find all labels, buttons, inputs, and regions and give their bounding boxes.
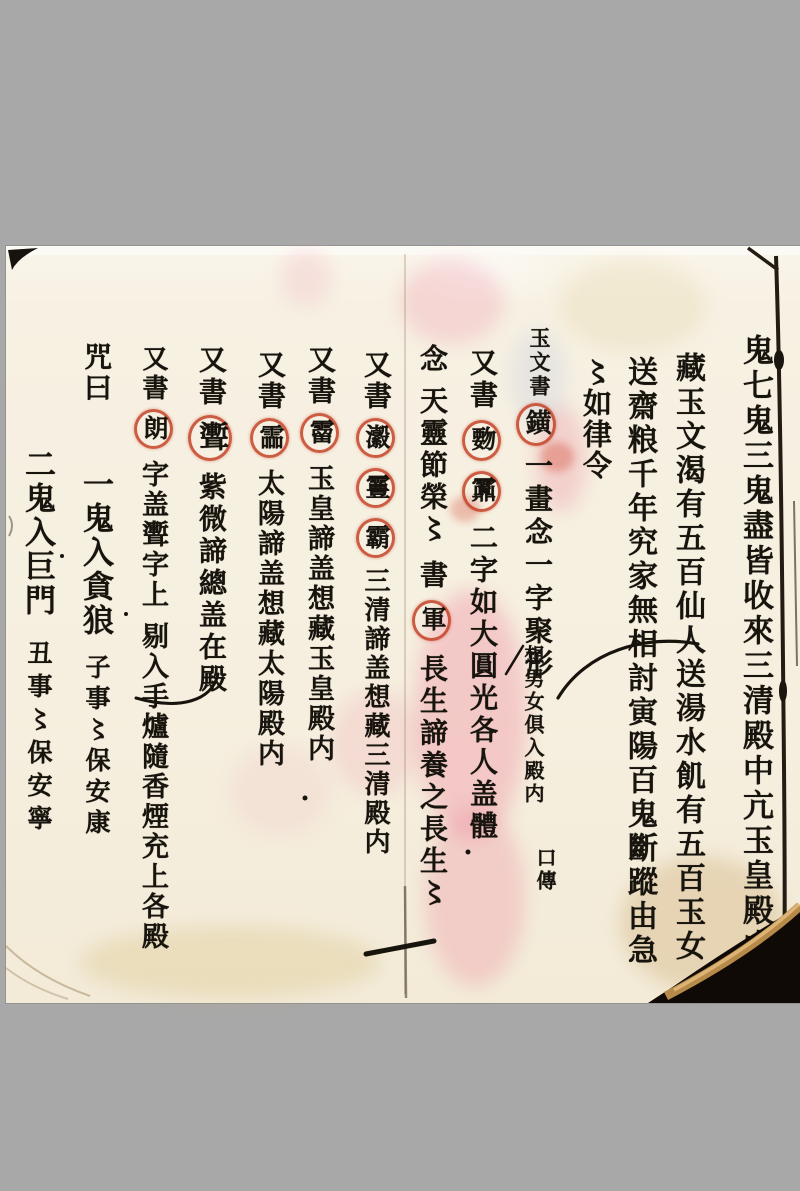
- column-text: 天靈節榮〻: [416, 386, 447, 546]
- column-text: 紫微諦總盖在殿: [195, 472, 226, 696]
- edge-fiber: [9, 516, 12, 536]
- write-label: 又書: [254, 350, 285, 412]
- talisman-char-circled: 䨶: [462, 471, 501, 512]
- fold-crease-dark: [405, 886, 406, 998]
- chant-line: 子事〻保安康: [82, 654, 109, 840]
- column-text: 念: [416, 344, 447, 376]
- manuscript-column-5-header: 玉文書: [528, 327, 549, 399]
- talisman-char-circled: 軍: [412, 600, 451, 641]
- binding-edge: [776, 256, 785, 992]
- manuscript-column-1: 鬼七鬼三鬼盡皆收來三清殿中亢玉皇殿中: [740, 334, 771, 964]
- paper-edge-highlight: [6, 246, 800, 255]
- ink-dot: [466, 850, 471, 855]
- talisman-char-circled: 瀫: [356, 418, 395, 458]
- talisman-char-circled: 霝: [250, 418, 289, 458]
- paper-stain: [280, 250, 332, 306]
- section-label: 玉文書: [527, 327, 551, 399]
- talisman-char-circled: 覅: [462, 420, 501, 461]
- manuscript-column-10: 又書霝太陽諦盖想藏太陽殿内: [250, 350, 289, 769]
- column-text: 書: [416, 560, 447, 592]
- talisman-char-circled: 霻: [356, 468, 395, 508]
- paper-stain: [560, 260, 706, 352]
- manuscript-column-12: 又書朗字盖聻字上剔入手爐隨香煙充上各殿: [134, 345, 173, 952]
- binding-knot: [774, 350, 784, 370]
- write-label: 又書: [139, 345, 168, 403]
- manuscript-column-5-note: 想男女俱入殿内: [522, 645, 542, 806]
- column-text: 三清諦盖想藏三清殿内: [361, 567, 390, 857]
- manuscript-column-11: 又書聻紫微諦總盖在殿: [188, 345, 232, 696]
- write-label: 又書: [304, 345, 335, 407]
- edge-fiber: [6, 968, 68, 999]
- paper-stain: [400, 260, 504, 344]
- manuscript-column-5: 鐄一畫念一字聚形: [516, 398, 556, 682]
- manuscript-column-4: 〻如律令: [580, 357, 609, 481]
- manuscript-column-14: 二鬼入巨門丑事〻保安寧: [22, 448, 53, 838]
- section-label: 咒曰: [80, 342, 111, 404]
- column-text: 玉皇諦盖想藏玉皇殿内: [304, 464, 334, 764]
- manuscript-column-9: 又書霤玉皇諦盖想藏玉皇殿内: [300, 345, 339, 764]
- brush-flourish: [366, 941, 434, 954]
- write-label: 又書: [466, 348, 497, 412]
- annotation-note: 想男女俱入殿内: [521, 645, 543, 806]
- screenshot-root: { "scan": { "background_color": "#a8a8a8…: [0, 0, 800, 1191]
- column-text: 字盖聻字上: [138, 460, 168, 610]
- column-text: 鬼七鬼三鬼盡皆收來三清殿中亢玉皇殿中: [738, 334, 773, 964]
- chant-line: 一鬼入貪狼: [78, 468, 113, 638]
- chant-line: 二鬼入巨門: [20, 448, 55, 618]
- column-text: 〻如律令: [579, 357, 611, 481]
- talisman-char-circled: 霤: [300, 413, 339, 453]
- talisman-char-circled: 霸: [356, 518, 395, 558]
- manuscript-column-3: 送齋粮千年究家無相討寅陽百鬼斷蹤由急: [624, 356, 654, 968]
- column-text: 送齋粮千年究家無相討寅陽百鬼斷蹤由急: [623, 356, 656, 968]
- ink-dot: [124, 612, 128, 616]
- talisman-char-circled: 聻: [188, 415, 232, 461]
- column-text: 剔入手爐隨香煙充上各殿: [138, 622, 168, 952]
- manuscript-column-6: 又書覅䨶二字如大圓光各人盖體: [462, 348, 501, 843]
- chant-line: 丑事〻保安寧: [24, 640, 51, 838]
- ink-dot: [303, 796, 308, 801]
- manuscript-column-13: 咒曰一鬼入貪狼子事〻保安康: [80, 342, 111, 840]
- column-text: 太陽諦盖想藏太陽殿内: [254, 469, 284, 769]
- manuscript-column-5-note2: 口傳: [534, 847, 554, 893]
- talisman-char-circled: 朗: [134, 409, 173, 449]
- column-text: 長生諦養之長生〻: [416, 654, 447, 910]
- edge-fiber: [6, 946, 90, 996]
- manuscript-column-2: 藏玉文渴有五百仙人送湯水飢有五百玉女: [672, 352, 702, 964]
- manuscript-column-8: 又書瀫霻霸三清諦盖想藏三清殿内: [356, 350, 395, 857]
- write-label: 又書: [195, 345, 226, 409]
- talisman-char-circled: 鐄: [516, 403, 556, 446]
- binding-edge: [794, 501, 797, 666]
- annotation-note: 口傳: [533, 847, 555, 893]
- column-text: 藏玉文渴有五百仙人送湯水飢有五百玉女: [671, 352, 704, 964]
- write-label: 又書: [360, 350, 391, 412]
- manuscript-column-7: 念天靈節榮〻書軍長生諦養之長生〻: [412, 344, 451, 910]
- column-text: 二字如大圓光各人盖體: [466, 523, 497, 843]
- paper-stain: [80, 926, 380, 998]
- ink-dot: [60, 554, 64, 558]
- binding-knot: [779, 680, 787, 702]
- manuscript-scan-page: 鬼七鬼三鬼盡皆收來三清殿中亢玉皇殿中 藏玉文渴有五百仙人送湯水飢有五百玉女 送齋…: [6, 246, 800, 1003]
